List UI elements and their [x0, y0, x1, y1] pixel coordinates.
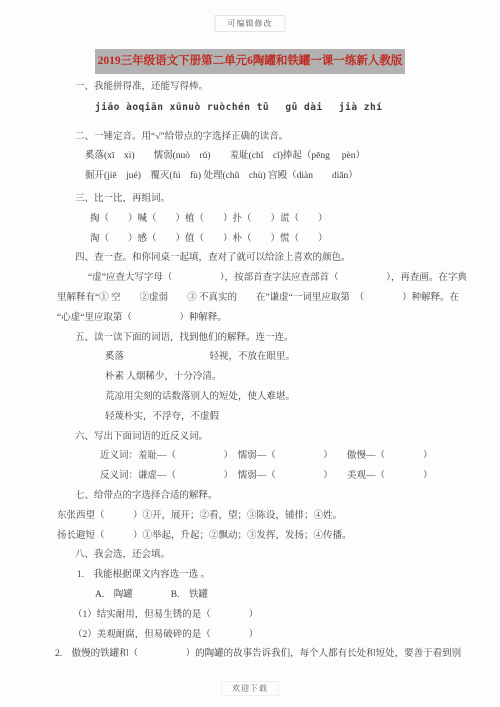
antonym-line: 反义词：谦虚—（ ） 懦弱—（ ） 美观—（ ）	[100, 467, 467, 487]
options-line: A. 陶罐 B. 铁罐	[95, 586, 467, 606]
page-title: 2019三年级语文下册第二单元6陶罐和铁罐一课一练新人教版	[95, 49, 405, 74]
match-line: 荒凉用尖刻的话数落别人的短处，使人难堪。	[105, 388, 467, 408]
word-blank-line: 淘（ ）感（ ）值（ ）朴（ ）慌（ ）	[90, 230, 467, 250]
section-match-definitions: 五、读一读下面的词语，找到他们的解释。连一连。 奚落 轻视，不放在眼里。 朴素 …	[53, 329, 467, 428]
section-synonyms-antonyms: 六、写出下面词语的近反义词。 近义词：羞耻—（ ） 懦弱—（ ） 傲慢—（ ） …	[53, 428, 467, 487]
section-3-heading: 三、比一比，再组词。	[75, 190, 467, 210]
editable-watermark: 可编辑修改	[215, 15, 286, 32]
section-4-heading: 四、查一查。和你同桌一起填，查对了就可以给涂上喜欢的颜色。	[75, 249, 467, 269]
question-line: 2. 傲慢的铁罐和（ ）的陶罐的故事告诉我们，每个人都有长处和短处，要善于看到别	[55, 645, 467, 665]
question-line: （2）美观耐腐，但易破碎的是（ ）	[73, 626, 467, 646]
pronunciation-line: 奚落(xī xì) 懦弱(nuò rǔ) 羞耻(chǐ cǐ)捧起（pēng p…	[85, 147, 467, 167]
section-2-heading: 二、一锤定音。用“√”给带点的字选择正确的读音。	[75, 128, 467, 148]
worksheet-body: 一、我能拼得准，还能写得棒。 jiāo àoqiān xūnuò ruòchén…	[53, 78, 467, 665]
word-blank-line: 掏（ ）喊（ ）植（ ）扑（ ）谎（ ）	[90, 210, 467, 230]
section-1-heading: 一、我能拼得准，还能写得棒。	[75, 78, 467, 98]
section-choose-pronunciation: 二、一锤定音。用“√”给带点的字选择正确的读音。 奚落(xī xì) 懦弱(nu…	[53, 128, 467, 187]
section-dictionary-lookup: 四、查一查。和你同桌一起填，查对了就可以给涂上喜欢的颜色。 “虚”应查大写字母（…	[53, 249, 467, 328]
section-select-and-fill: 八、我会选，还会填。 1. 我能根据课文内容选一选 。 A. 陶罐 B. 铁罐 …	[53, 546, 467, 665]
download-watermark: 欢迎下载	[221, 681, 279, 696]
section-5-heading: 五、读一读下面的词语，找到他们的解释。连一连。	[75, 329, 467, 349]
section-pinyin-writing: 一、我能拼得准，还能写得棒。 jiāo àoqiān xūnuò ruòchén…	[53, 78, 467, 118]
section-7-heading: 七、给带点的字选择合适的解释。	[75, 487, 467, 507]
section-compare-words: 三、比一比，再组词。 掏（ ）喊（ ）植（ ）扑（ ）谎（ ） 淘（ ）感（ ）…	[53, 190, 467, 249]
lookup-line: “心虚“里应取第（ ）种解释。	[57, 309, 467, 329]
section-choose-meaning: 七、给带点的字选择合适的解释。 东张西望（ ）①开，展开；②看，望；③陈设，铺排…	[53, 487, 467, 546]
meaning-line: 东张西望（ ）①开，展开；②看，望；③陈设，铺排；④姓。	[57, 507, 467, 527]
question-line: （1）结实耐用，但易生锈的是（ ）	[73, 606, 467, 626]
section-6-heading: 六、写出下面词语的近反义词。	[75, 428, 467, 448]
pronunciation-line: 掘开(jiē jué) 覆灭(fú fù) 处理(chǔ chù) 宫殿（dià…	[85, 167, 467, 187]
lookup-line: “虚”应查大写字母（ ），按部首查字法应查部首（ ），再查画。在字典	[88, 269, 467, 289]
worksheet-page: 可编辑修改 2019三年级语文下册第二单元6陶罐和铁罐一课一练新人教版 一、我能…	[0, 0, 500, 707]
match-line: 轻蔑朴实，不浮夸，不虚假	[105, 408, 467, 428]
section-8-heading: 八、我会选，还会填。	[75, 546, 467, 566]
match-line: 奚落 轻视，不放在眼里。	[105, 348, 467, 368]
question-line: 1. 我能根据课文内容选一选 。	[77, 566, 467, 586]
match-line: 朴素 人烟稀少，十分冷清。	[105, 368, 467, 388]
lookup-line: 里解释有“① 空 ②虚弱 ③ 不真实的 在”谦虚“一词里应取第 （ ）种解释。在	[57, 289, 467, 309]
synonym-line: 近义词：羞耻—（ ） 懦弱—（ ） 傲慢—（ ）	[100, 447, 467, 467]
meaning-line: 扬长避短（ ）①举起，升起；②飘动；③发挥，发扬；④传播。	[57, 527, 467, 547]
pinyin-line: jiāo àoqiān xūnuò ruòchén tǔ gǔ dài jià …	[95, 98, 467, 118]
